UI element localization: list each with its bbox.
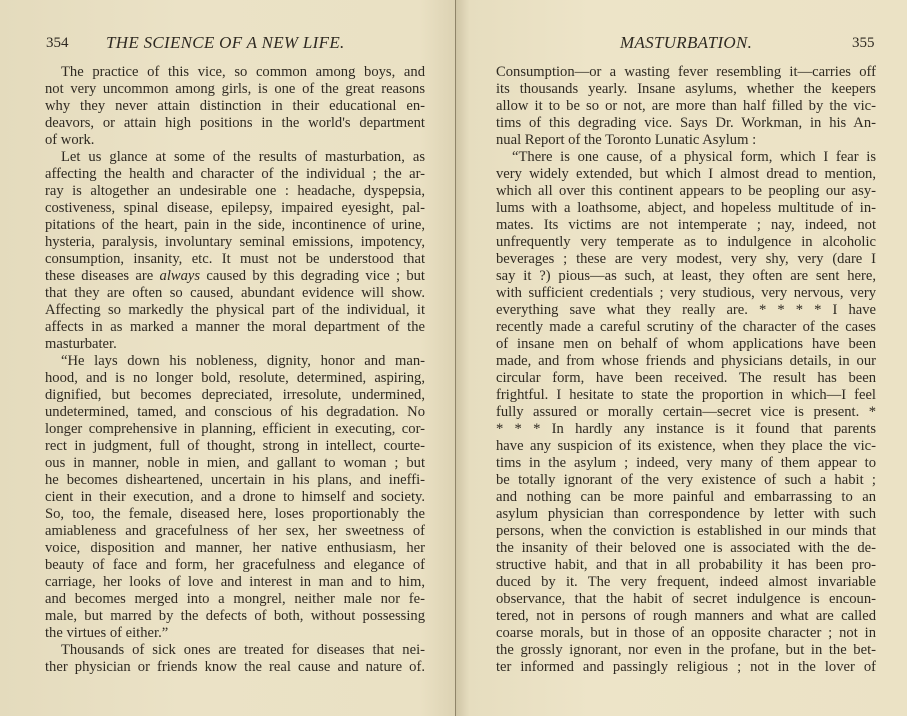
text-line: tims of this degrading vice. Says Dr. Wo… [496, 115, 876, 132]
text-line: observance, that the habit of secret ind… [496, 591, 876, 608]
page-number: 355 [852, 35, 875, 52]
text-line: its thousands yearly. Insane asylums, wh… [496, 81, 876, 98]
text-line: consumption, insanity, etc. It must not … [45, 251, 425, 268]
text-line: affecting the health and character of th… [45, 166, 425, 183]
text-line: unfrequently very temperate as to indulg… [496, 234, 876, 251]
text-line: * * * In hardly any instance is it found… [496, 421, 876, 438]
text-line: which all over this continent appears to… [496, 183, 876, 200]
text-line: Let us glance at some of the results of … [45, 149, 425, 166]
text-line: asylum physician than correspondence by … [496, 506, 876, 523]
body-text: Consumption—or a wasting fever resemblin… [496, 64, 876, 676]
text-line: amiableness and gracefulness of her sex,… [45, 523, 425, 540]
text-line: that they are often so caused, abundant … [45, 285, 425, 302]
text-line: The practice of this vice, so common amo… [45, 64, 425, 81]
text-line: undetermined, tamed, and conscious of hi… [45, 404, 425, 421]
page-number: 354 [46, 35, 69, 52]
text-line: hysteria, paralysis, involuntary seminal… [45, 234, 425, 251]
running-head: MASTURBATION. [620, 33, 752, 53]
text-line: ter informed and passingly religious ; n… [496, 659, 876, 676]
text-line: Consumption—or a wasting fever resemblin… [496, 64, 876, 81]
text-line: carriage, her looks of love and interest… [45, 574, 425, 591]
text-line: dignified, but becomes depreciated, irre… [45, 387, 425, 404]
body-text: The practice of this vice, so common amo… [45, 64, 425, 676]
text-line: these diseases are always caused by this… [45, 268, 425, 285]
text-line: be totally ignorant of the very existenc… [496, 472, 876, 489]
text-line: “There is one cause, of a physical form,… [496, 149, 876, 166]
text-line: circular form, have been received. The r… [496, 370, 876, 387]
text-line: the insanity of their beloved one is ass… [496, 540, 876, 557]
text-line: So, too, the female, diseased here, lose… [45, 506, 425, 523]
text-line: mates. Its victims are not intemperate ;… [496, 217, 876, 234]
text-line: everything save what they really are. * … [496, 302, 876, 319]
text-line: masturbater. [45, 336, 425, 353]
text-line: pitations of the heart, pain in the side… [45, 217, 425, 234]
text-line: duced by it. The very frequent, indeed a… [496, 574, 876, 591]
text-line: voice, disposition and manner, her nativ… [45, 540, 425, 557]
text-line: frightful. I hesitate to state the propo… [496, 387, 876, 404]
text-line: nual Report of the Toronto Lunatic Asylu… [496, 132, 876, 149]
running-head: THE SCIENCE OF A NEW LIFE. [106, 33, 345, 53]
text-line: longer comprehensive in planning, effici… [45, 421, 425, 438]
text-line: affects in as marked a manner the moral … [45, 319, 425, 336]
text-line: with sufficient credentials ; very studi… [496, 285, 876, 302]
text-line: beverages ; these are very modest, very … [496, 251, 876, 268]
text-line: beauty of face and form, her gracefulnes… [45, 557, 425, 574]
text-line: male, but marred by the defects of both,… [45, 608, 425, 625]
text-line: tims in the asylum ; indeed, very many o… [496, 455, 876, 472]
text-line: Affecting so markedly the physical part … [45, 302, 425, 319]
text-line: cient in their execution, and a drone to… [45, 489, 425, 506]
text-line: “He lays down his nobleness, dignity, ho… [45, 353, 425, 370]
text-line: structive habit, and that in all probabi… [496, 557, 876, 574]
text-line: lums with a loathsome, abject, and hopel… [496, 200, 876, 217]
text-line: of insane men on behalf of whom applicat… [496, 336, 876, 353]
text-line: he becomes disheartened, uncertain in hi… [45, 472, 425, 489]
text-line: Thousands of sick ones are treated for d… [45, 642, 425, 659]
book-spread: 354 THE SCIENCE OF A NEW LIFE. The pract… [0, 0, 907, 716]
right-page: MASTURBATION. 355 Consumption—or a wasti… [456, 0, 907, 716]
text-line: persons, when the conviction is establis… [496, 523, 876, 540]
text-line: ther physician or friends know the real … [45, 659, 425, 676]
text-line: deavors, or attain high positions in the… [45, 115, 425, 132]
text-line: not very uncommon among girls, is one of… [45, 81, 425, 98]
text-line: hood, and is no longer bold, resolute, d… [45, 370, 425, 387]
left-page: 354 THE SCIENCE OF A NEW LIFE. The pract… [0, 0, 456, 716]
text-line: of work. [45, 132, 425, 149]
text-line: allow it to be so or not, are more than … [496, 98, 876, 115]
text-line: the virtues of either.” [45, 625, 425, 642]
text-line: and becomes merged into a mongrel, neith… [45, 591, 425, 608]
text-line: rect in judgment, full of thought, stron… [45, 438, 425, 455]
text-line: and nothing can be more painful and emba… [496, 489, 876, 506]
text-line: very widely extended, but which I almost… [496, 166, 876, 183]
text-line: ous in manner, noble in mien, and gallan… [45, 455, 425, 472]
text-line: have any suspicion of its existence, whe… [496, 438, 876, 455]
text-line: fully assured or morally certain—secret … [496, 404, 876, 421]
text-line: costiveness, spinal disease, epilepsy, i… [45, 200, 425, 217]
text-line: why they never attain distinction in the… [45, 98, 425, 115]
text-line: ray is altogether an undesirable one : h… [45, 183, 425, 200]
text-line: made, and from whose friends and physici… [496, 353, 876, 370]
text-line: recently made a careful scrutiny of the … [496, 319, 876, 336]
text-line: coarse morals, but in those of an opposi… [496, 625, 876, 642]
text-line: say it ?) pious—as such, at least, they … [496, 268, 876, 285]
text-line: the grossly ignorant, nor even in the pr… [496, 642, 876, 659]
text-line: tered, not in persons of rough manners a… [496, 608, 876, 625]
